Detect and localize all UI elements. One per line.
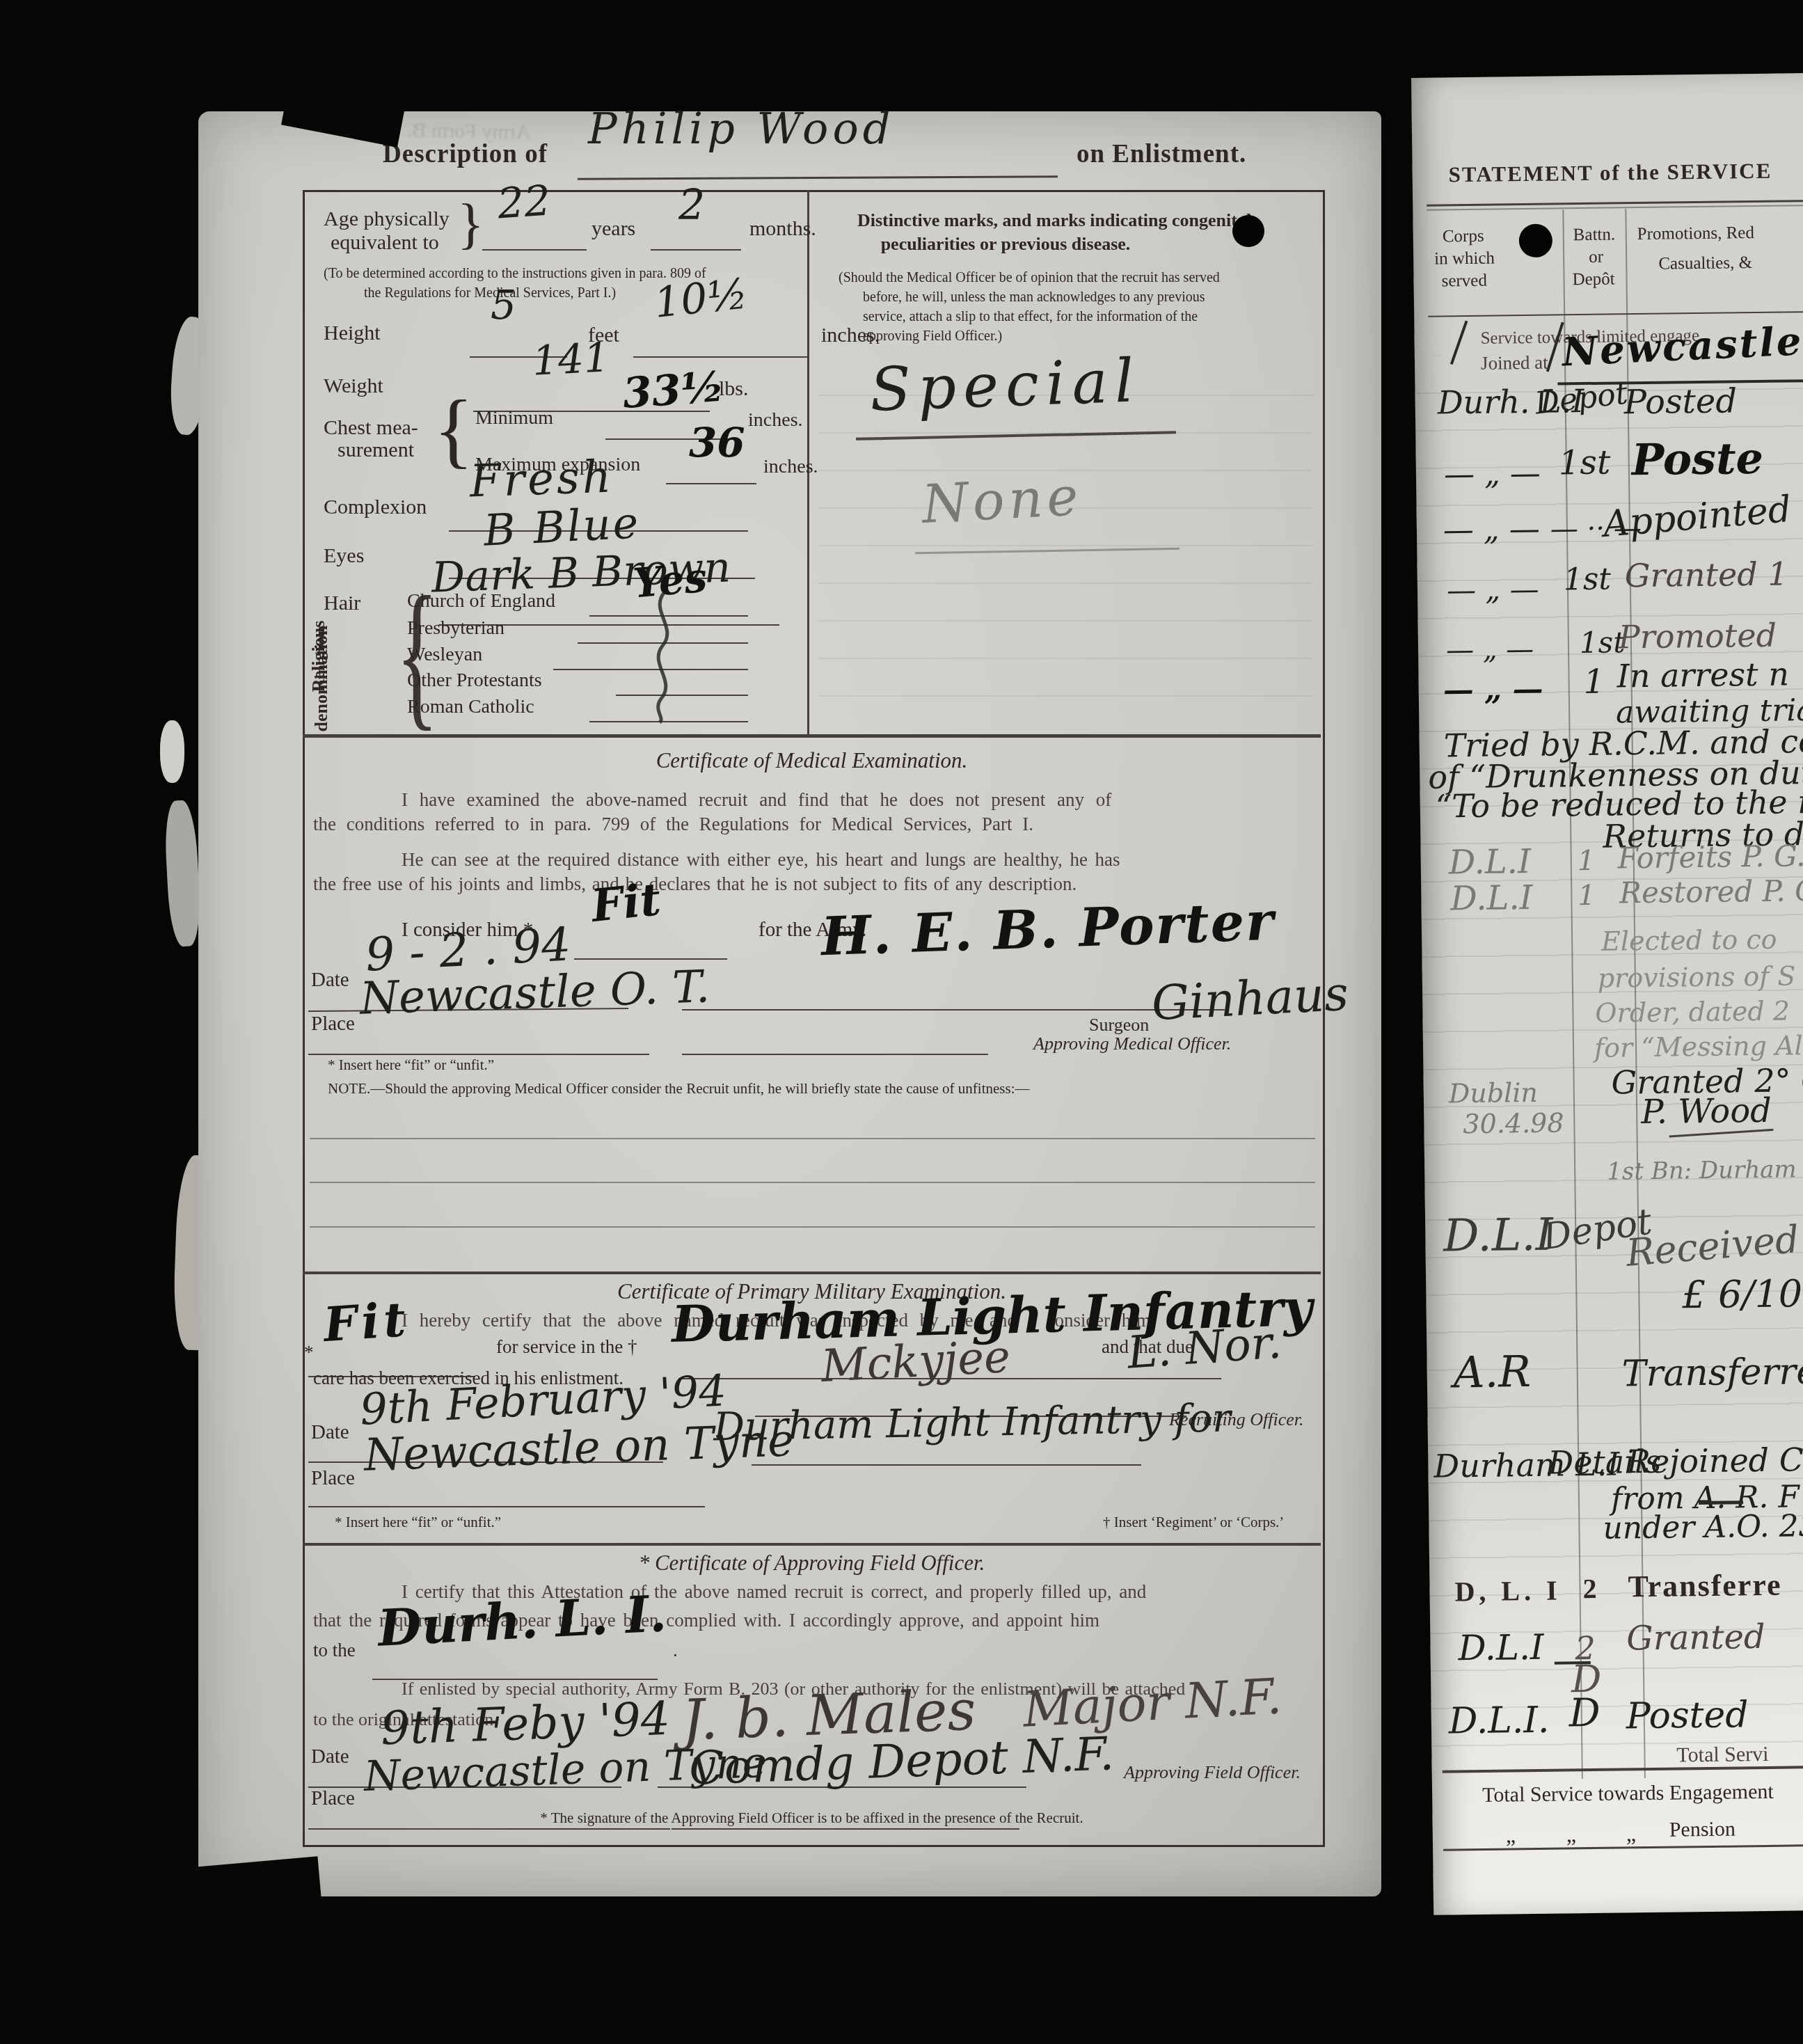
service-row-battn: 2: [1582, 1572, 1597, 1605]
service-row-text: Restored P. G: [1619, 873, 1803, 910]
religion-label: denomination: [311, 625, 332, 731]
height-feet-value: 5: [491, 281, 516, 328]
years-label: years: [591, 217, 635, 241]
approving-medical-officer-label: Approving Medical Officer.: [1033, 1033, 1231, 1054]
service-row-corps: Dublin: [1449, 1077, 1539, 1109]
service-row-corps: — „ —: [1446, 633, 1534, 667]
eyes-label: Eyes: [324, 544, 364, 568]
table-header-rule: [1428, 310, 1803, 317]
field-line: [616, 695, 748, 696]
surgeon-label: Surgeon: [1089, 1015, 1149, 1036]
service-row-battn: 1: [1583, 663, 1605, 702]
pension-label: Pension: [1669, 1817, 1736, 1841]
field-line: [308, 1828, 670, 1830]
medical-cert-paragraph: I have examined the above-named recruit …: [402, 789, 1111, 811]
age-label: Age physically: [324, 207, 450, 231]
medical-cert-paragraph: He can see at the required distance with…: [402, 849, 1120, 871]
name-underline: [578, 175, 1058, 180]
ditto-mark: „: [1566, 1821, 1577, 1847]
blank-line: [310, 1138, 1315, 1139]
scanned-document: Army Form B. Description of Philip Wood …: [0, 0, 1803, 2044]
ditto-mark: „: [1506, 1822, 1516, 1848]
approving-field-officer-label: Approving Field Officer.: [1124, 1762, 1301, 1783]
marks-title: peculiarities or previous disease.: [811, 234, 1200, 255]
approving-cert-title: * Certificate of Approving Field Officer…: [303, 1551, 1321, 1576]
denomination-label: Presbyterian: [407, 617, 505, 640]
marks-note: before, he will, unless the man acknowle…: [863, 290, 1205, 306]
service-row-text: £ 6/10: [1682, 1271, 1803, 1317]
service-in-label: for service in the †: [496, 1336, 637, 1358]
service-row-text: Promoted: [1619, 617, 1777, 656]
punch-hole: [1232, 215, 1264, 247]
blank-line: [310, 1226, 1315, 1228]
height-label: Height: [324, 322, 381, 345]
punch-hole: [1519, 224, 1553, 258]
hair-label: Hair: [324, 592, 360, 615]
total-engagement-line: Total Service towards Engagement: [1482, 1780, 1774, 1807]
age-note: (To be determined according to the instr…: [324, 266, 706, 282]
height-inches-value: 10½: [652, 269, 750, 328]
section-divider: [303, 1543, 1321, 1546]
approving-footnote: * The signature of the Approving Field O…: [303, 1809, 1321, 1827]
medical-cert-title: Certificate of Medical Examination.: [303, 748, 1321, 773]
denomination-label: Wesleyan: [407, 644, 482, 666]
months-label: months.: [749, 217, 816, 241]
chest-min-label: Minimum: [475, 407, 553, 429]
medical-cert-paragraph: the conditions referred to in para. 799 …: [313, 814, 1033, 835]
pen-strike: [1699, 1500, 1743, 1505]
service-row-corps: D.L.I: [1458, 1627, 1544, 1668]
chest-label: Chest mea-: [324, 416, 418, 440]
torn-corner: [193, 1856, 322, 1919]
column-header-corps: Corps: [1443, 227, 1484, 247]
column-header-battn: or: [1589, 248, 1603, 267]
field-line: [574, 958, 727, 960]
age-label: equivalent to: [331, 231, 439, 255]
column-header-corps: in which: [1434, 249, 1495, 269]
service-row-text: Forfeits P. G. C: [1617, 839, 1803, 876]
age-months-value: 2: [678, 181, 705, 230]
handwritten-brace-squiggle: [647, 592, 678, 724]
recruiting-officer-signature: Mckyjee: [820, 1331, 1011, 1393]
brace-glyph: {: [434, 388, 474, 472]
column-header-promotions: Promotions, Red: [1637, 223, 1754, 244]
denomination-label: Roman Catholic: [407, 696, 534, 718]
statement-title: STATEMENT of the SERVICE: [1448, 159, 1772, 188]
marks-note: approving Field Officer.): [863, 328, 1002, 344]
field-line: [682, 1009, 1225, 1011]
fit-value: Fit: [589, 873, 663, 933]
service-note-line: for “Messing All: [1594, 1030, 1803, 1063]
marks-title: Distinctive marks, and marks indicating …: [825, 210, 1284, 231]
place-label: Place: [311, 1467, 355, 1490]
section-divider: [303, 734, 1321, 738]
service-note-line: 1st Bn: Durham: [1607, 1155, 1797, 1185]
column-header-corps: served: [1441, 271, 1487, 292]
service-row-corps: A.R: [1453, 1346, 1531, 1397]
service-row-date: 30.4.98: [1463, 1107, 1564, 1139]
denomination-label: Other Protestants: [407, 670, 542, 692]
joined-at-label: Joined at: [1481, 352, 1548, 374]
chest-label: surement: [337, 438, 414, 462]
chest-min-unit: inches.: [748, 409, 803, 431]
service-row-corps: D.L.I: [1450, 878, 1533, 918]
torn-paper-fragment: [160, 720, 184, 783]
complexion-label: Complexion: [324, 496, 427, 519]
column-header-battn: Battn.: [1573, 225, 1616, 245]
service-row-text: In arrest n: [1617, 655, 1789, 695]
service-row-text: Rejoined Co: [1626, 1441, 1803, 1480]
service-note-line: provisions of S: [1598, 960, 1796, 993]
torn-paper-fragment: [164, 800, 202, 947]
service-row-battn: 1st: [1558, 443, 1610, 483]
field-line: [651, 249, 741, 251]
place-label: Place: [311, 1787, 355, 1810]
field-line: [752, 1464, 1141, 1466]
service-row-corps: — „ —: [1444, 456, 1541, 493]
chest-max-unit: inches.: [763, 456, 818, 478]
service-row-text: Poste: [1631, 433, 1763, 485]
field-line: [666, 483, 756, 484]
surgeon-signature: Ginhaus: [1150, 967, 1350, 1032]
service-row-battn: 1: [1577, 845, 1595, 877]
column-header-battn: Depôt: [1572, 269, 1614, 290]
primary-footnote-left: * Insert here “fit” or “unfit.”: [335, 1514, 501, 1531]
brace-glyph: }: [457, 196, 484, 252]
totals-rule: [1443, 1844, 1803, 1851]
left-page: Army Form B. Description of Philip Wood …: [198, 111, 1381, 1896]
field-line: [482, 249, 587, 251]
marks-entry-special: Special: [868, 346, 1142, 425]
service-row-corps: — „ —: [1443, 672, 1543, 708]
service-row-text: Posted: [1626, 1694, 1749, 1737]
medical-note: NOTE.—Should the approving Medical Offic…: [328, 1080, 1030, 1098]
place-label: Place: [311, 1013, 355, 1036]
field-line: [308, 1506, 705, 1507]
service-row-corps: D.L.I.: [1448, 1700, 1549, 1743]
service-note-line: Elected to co: [1601, 924, 1777, 957]
date-label: Date: [311, 1745, 349, 1768]
service-row-text: Transferre: [1628, 1567, 1782, 1605]
field-line: [682, 1054, 988, 1055]
date-label: Date: [311, 1421, 349, 1444]
marks-entry-none: None: [921, 465, 1084, 535]
chest-max-value: 36: [689, 419, 745, 466]
service-row-text: Granted: [1626, 1617, 1765, 1658]
marks-note: service, attach a slip to that effect, f…: [863, 309, 1198, 325]
service-row-corps: D.L.I: [1448, 842, 1531, 882]
page-title-prefix: Description of: [383, 139, 548, 169]
service-row-battn: D: [1568, 1690, 1601, 1736]
period-glyph: .: [673, 1640, 678, 1661]
age-years-value: 22: [496, 176, 553, 228]
marks-note: (Should the Medical Officer be of opinio…: [839, 270, 1220, 286]
fit-value: Fit: [321, 1292, 411, 1353]
section-divider: [303, 1271, 1321, 1274]
total-service-partial: Total Servi: [1676, 1743, 1768, 1768]
field-line: [672, 1828, 1019, 1830]
column-header-casualties: Casualties, &: [1658, 253, 1752, 274]
service-row-text: Posted: [1623, 381, 1737, 422]
field-line: [308, 1054, 649, 1055]
service-row-corps: — „ —: [1447, 572, 1539, 608]
page-title-suffix: on Enlistment.: [1077, 139, 1246, 169]
service-row-text: Granted 1: [1624, 555, 1788, 594]
medical-cert-paragraph: the free use of his joints and limbs, an…: [313, 873, 1077, 895]
to-the-label: to the: [313, 1640, 356, 1661]
service-row-corps: D.L.I: [1443, 1210, 1553, 1262]
field-line: [633, 356, 807, 358]
service-row-text: P. Wood: [1641, 1091, 1772, 1132]
service-row-text: under A.O. 238: [1603, 1508, 1803, 1546]
chest-min-value: 33½: [621, 363, 726, 418]
medical-footnote: * Insert here “fit” or “unfit.”: [328, 1056, 494, 1074]
weight-label: Weight: [324, 374, 383, 398]
service-note-line: Order, dated 2: [1595, 995, 1790, 1028]
blank-line: [310, 1182, 1315, 1183]
weight-value: 141: [531, 333, 610, 385]
service-row-corps: D, L. I: [1454, 1574, 1562, 1608]
primary-footnote-right: † Insert ‘Regiment’ or ‘Corps.’: [1103, 1514, 1284, 1531]
fit-marker: *: [304, 1342, 314, 1363]
service-row-battn: 1: [1578, 880, 1596, 912]
service-row-battn: 1st: [1564, 562, 1612, 598]
service-row-corps: — „ —: [1443, 512, 1540, 548]
recruiting-officer-rank: L. Nor.: [1126, 1317, 1283, 1379]
ditto-mark: „: [1626, 1821, 1637, 1846]
recruit-name: Philip Wood: [588, 103, 894, 154]
right-page: STATEMENT of the SERVICE Corps in which …: [1411, 72, 1803, 1915]
date-label: Date: [311, 969, 349, 992]
denomination-label: Church of England: [407, 590, 555, 612]
service-row-text: Transferred: [1621, 1351, 1803, 1395]
